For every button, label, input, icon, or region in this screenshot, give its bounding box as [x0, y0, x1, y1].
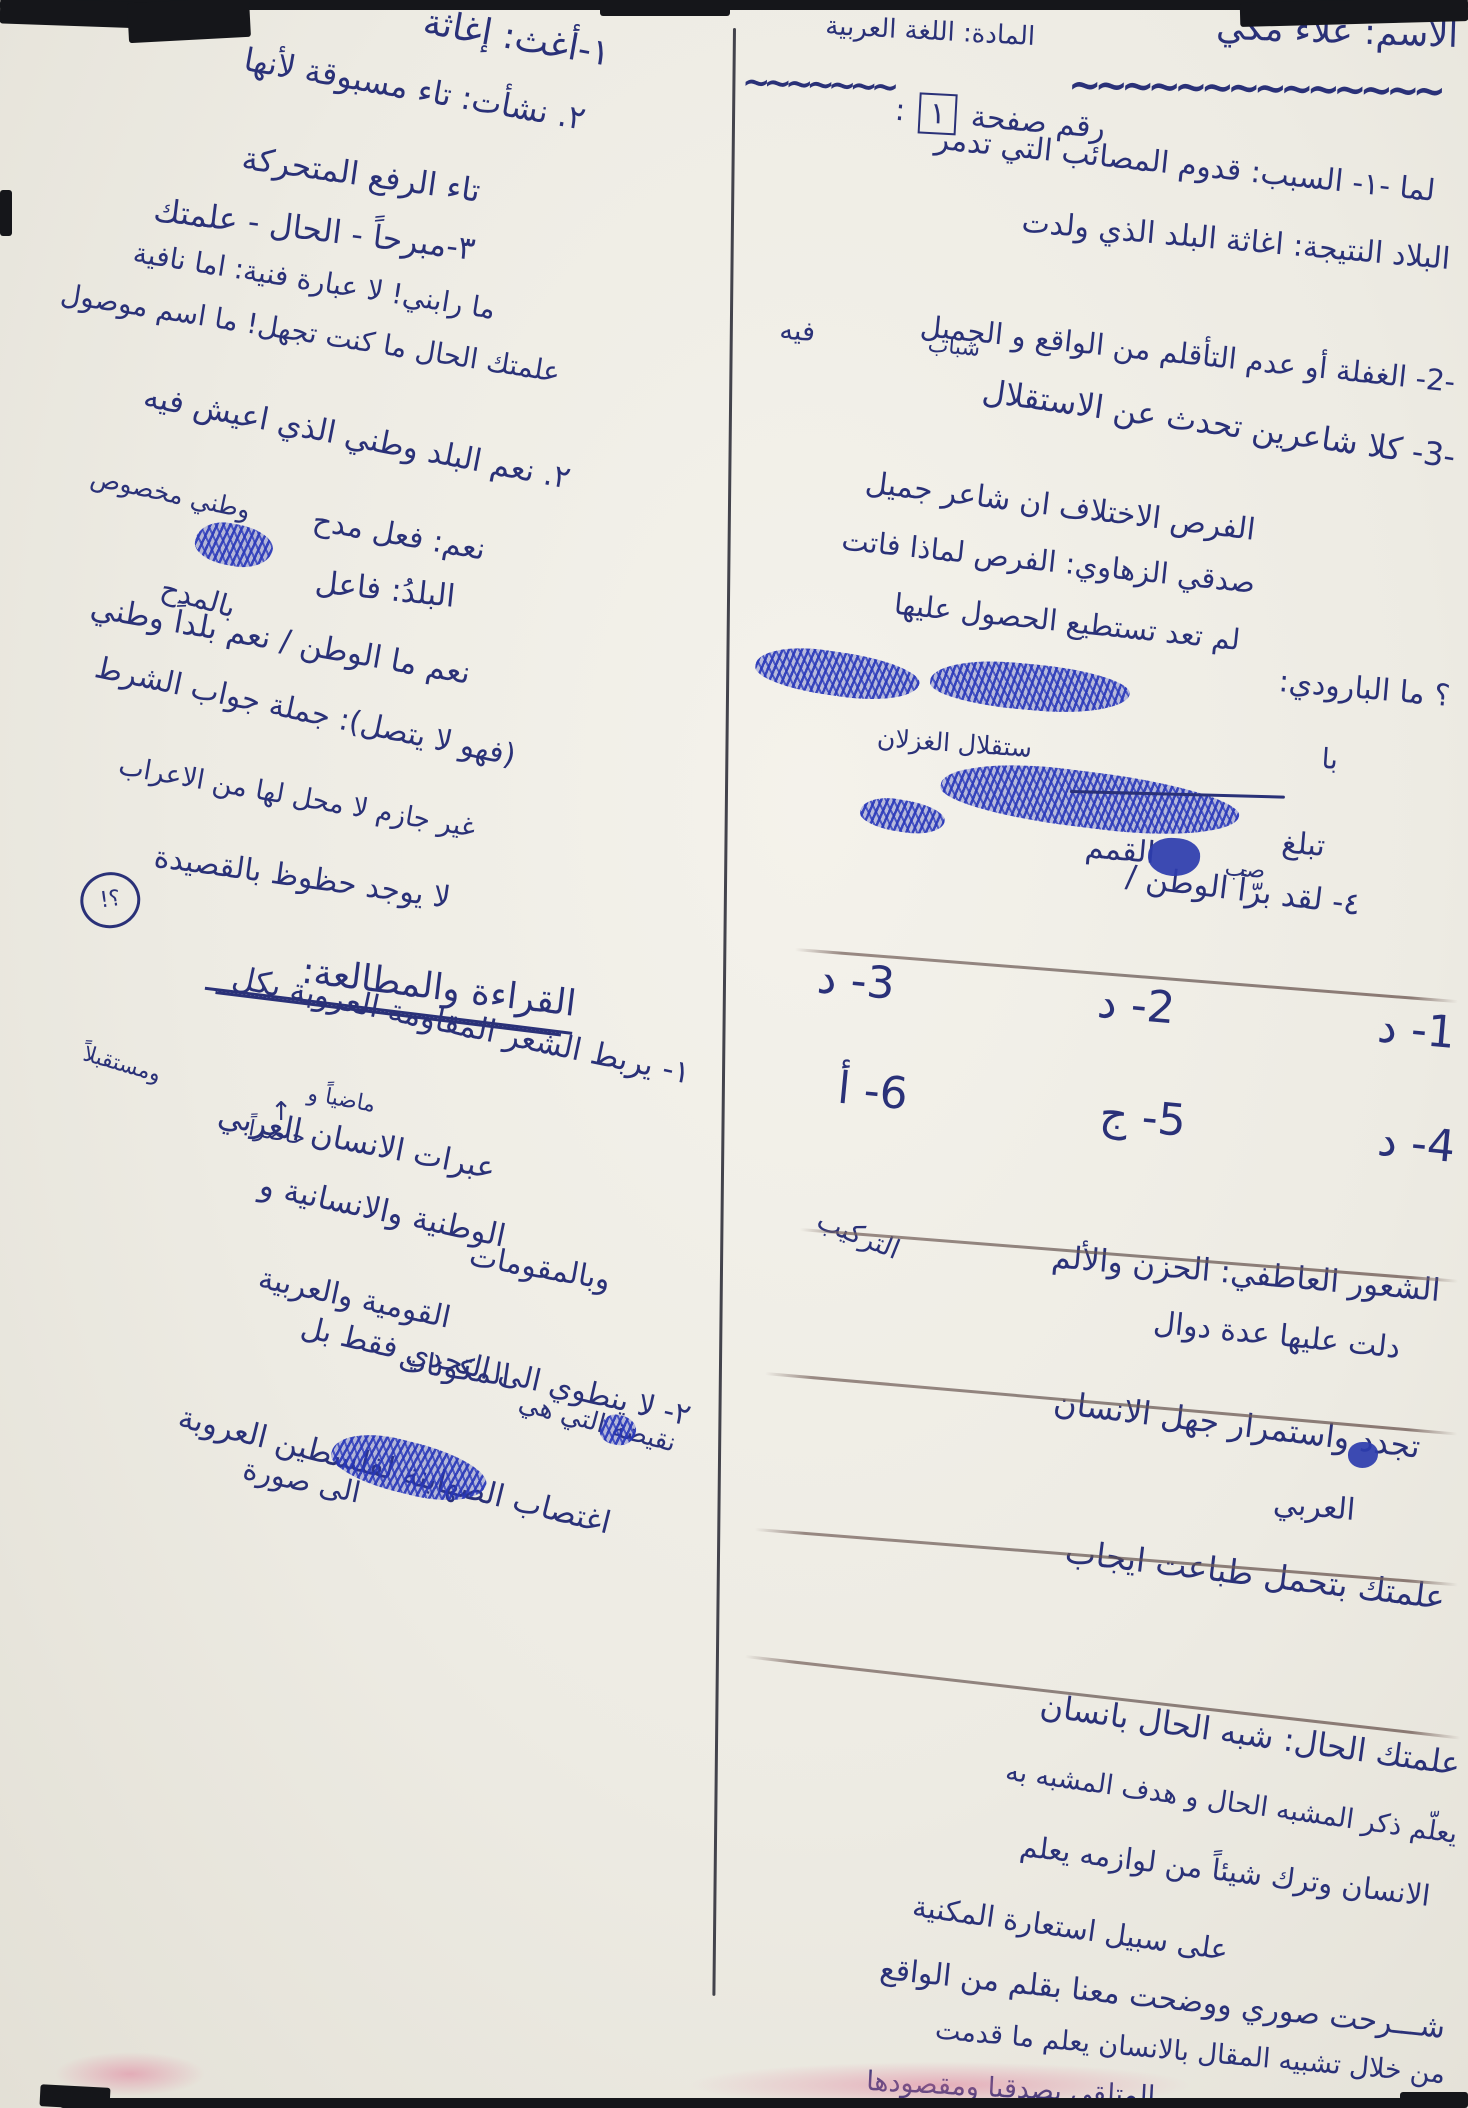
scan-edge: [0, 190, 12, 236]
underline-zigzag: ~~~~~~~~~~~~~~: [1068, 62, 1440, 114]
scan-edge: [60, 2098, 1410, 2108]
scan-edge: [600, 0, 730, 16]
answer-item: 3- د: [815, 952, 897, 1010]
mcq-answers-row-2: 4- د5- ج6- أ: [835, 1063, 1457, 1173]
ink-scribble: [1348, 1442, 1378, 1468]
handwritten-line: دلت عليها عدة دوال: [1010, 1291, 1401, 1365]
handwritten-line: وطني مخصوص: [17, 448, 253, 524]
circled-annotation: ؟!: [77, 868, 144, 932]
handwritten-line: ستقلال الغزلان: [742, 715, 1033, 763]
answer-item: 1- د: [1376, 1001, 1458, 1059]
column-divider: [712, 28, 736, 1996]
answer-item: 2- د: [1095, 977, 1177, 1035]
mcq-answers-row-1: 1- د2- د3- د: [815, 952, 1457, 1059]
handwritten-line: لم تعد تستطيع الحصول عليها: [845, 583, 1241, 657]
ink-scribble: [753, 641, 923, 708]
ink-scribble: [928, 655, 1131, 718]
ink-scribble: [858, 794, 947, 839]
handwritten-line: البلدُ: فاعل: [234, 557, 456, 615]
handwritten-line: لا يوجد حظوظ بالقصيدة: [131, 838, 453, 916]
handwritten-line: العربي: [1204, 1481, 1356, 1528]
subject-title: المادة: اللغة العربية: [735, 6, 1036, 52]
handwritten-line: تجدد واستمرار جهل الانسان: [743, 1347, 1422, 1465]
scan-edge: [127, 0, 251, 43]
handwritten-line: ؟ ما البارودي:: [1190, 657, 1452, 713]
handwritten-line: تاء الرفع المتحركة: [190, 134, 482, 210]
scan-edge: [1400, 2092, 1468, 2108]
handwritten-line: غير جازم لا محل لها من الاعراب: [83, 746, 477, 844]
exam-page: الاسم: علاء مكّي المادة: اللغة العربية ر…: [0, 0, 1468, 2108]
scan-edge: [39, 2084, 110, 2108]
handwritten-line: با: [1287, 741, 1339, 776]
answer-item: 4- د: [1375, 1115, 1457, 1173]
answer-item: 6- أ: [835, 1063, 910, 1120]
answer-item: 5- ج: [1097, 1088, 1188, 1147]
underline-zigzag: ~~~~~~~: [741, 62, 893, 107]
